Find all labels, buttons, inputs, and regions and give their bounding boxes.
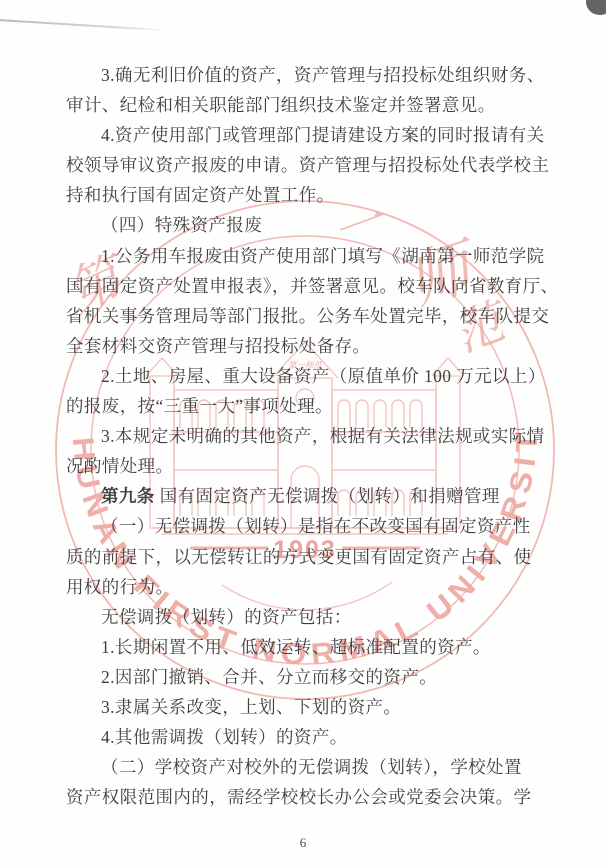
text-line: 用权的行为。	[66, 572, 542, 602]
document-lines: 3.确无利旧价值的资产，资产管理与招投标处组织财务、审计、纪检和相关职能部门组织…	[66, 60, 542, 812]
document-page: HUNAN FIRST NORMAL UNIVERSITY 第 一 师 范	[0, 0, 606, 868]
text-line: 第九条国有固定资产无偿调拨（划转）和捐赠管理	[66, 481, 542, 511]
text-line: 1.长期闲置不用、低效运转、超标准配置的资产。	[66, 632, 542, 662]
text-line: 的报废，按“三重一大”事项处理。	[66, 391, 542, 421]
text-line: 无偿调拨（划转）的资产包括：	[66, 602, 542, 632]
text-line: 质的前提下，以无偿转让的方式变更国有固定资产占有、使	[66, 542, 542, 572]
text-line: 国有固定资产处置申报表》，并签署意见。校车队向省教育厅、	[66, 271, 542, 301]
text-line: 审计、纪检和相关职能部门组织技术鉴定并签署意见。	[66, 90, 542, 120]
text-line: 况酌情处理。	[66, 451, 542, 481]
page-number: 6	[0, 835, 606, 851]
text-line: 持和执行国有固定资产处置工作。	[66, 180, 542, 210]
text-line: 省机关事务管理局等部门报批。公务车处置完毕，校车队提交	[66, 301, 542, 331]
text-line: 3.本规定未明确的其他资产，根据有关法律法规或实际情	[66, 421, 542, 451]
text-line: （一）无偿调拨（划转）是指在不改变国有固定资产性	[66, 511, 542, 541]
text-line: 3.隶属关系改变，上划、下划的资产。	[66, 692, 542, 722]
text-line: 2.土地、房屋、重大设备资产（原值单价 100 万元以上）	[66, 361, 542, 391]
text-line: 1.公务用车报废由资产使用部门填写《湖南第一师范学院	[66, 241, 542, 271]
text-line: 3.确无利旧价值的资产，资产管理与招投标处组织财务、	[66, 60, 542, 90]
text-line: （二）学校资产对校外的无偿调拨（划转），学校处置	[66, 752, 542, 782]
text-line: 4.资产使用部门或管理部门提请建设方案的同时报请有关	[66, 120, 542, 150]
text-line: 2.因部门撤销、合并、分立而移交的资产。	[66, 662, 542, 692]
text-line: 资产权限范围内的，需经学校校长办公会或党委会决策。学	[66, 782, 542, 812]
text-line: （四）特殊资产报废	[66, 210, 542, 240]
text-line: 校领导审议资产报废的申请。资产管理与招投标处代表学校主	[66, 150, 542, 180]
text-line: 全套材料交资产管理与招投标处备存。	[66, 331, 542, 361]
text-line: 4.其他需调拨（划转）的资产。	[66, 722, 542, 752]
